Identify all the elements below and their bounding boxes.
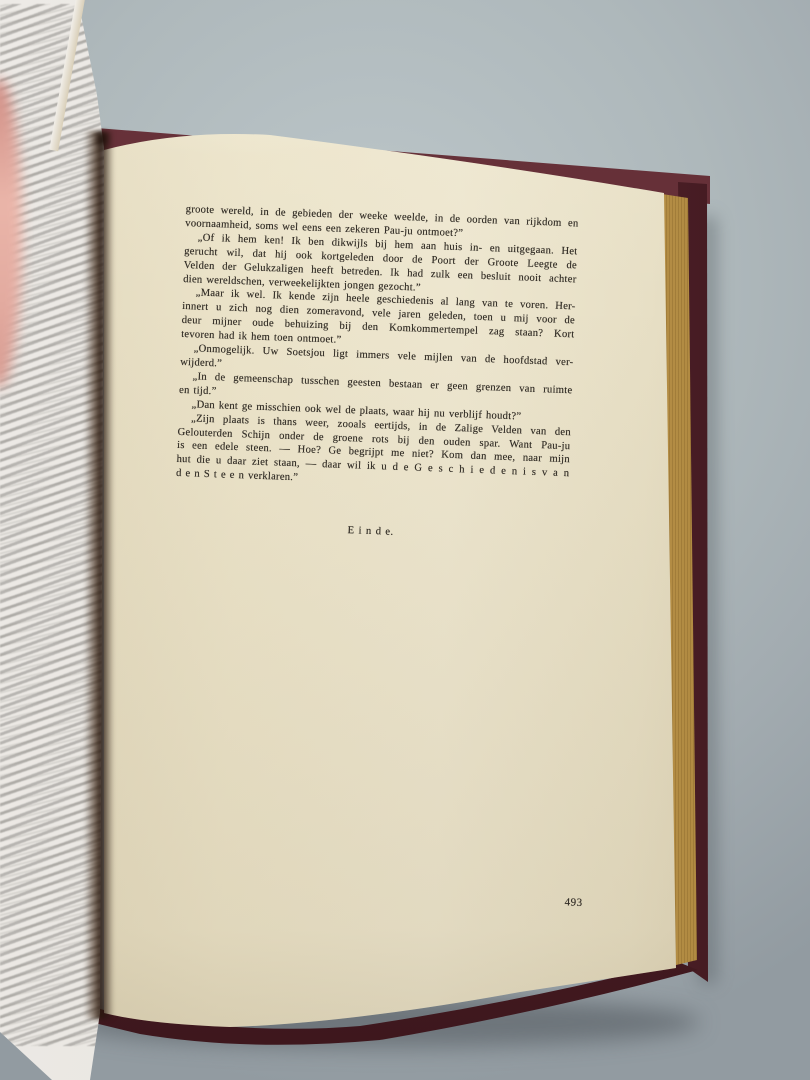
ending-word: E i n d e. bbox=[174, 518, 567, 546]
page-number: 493 bbox=[564, 896, 582, 911]
printed-text-block: groote wereld, in de gebieden der weeke … bbox=[174, 203, 579, 546]
gutter-shadow bbox=[84, 131, 114, 1019]
